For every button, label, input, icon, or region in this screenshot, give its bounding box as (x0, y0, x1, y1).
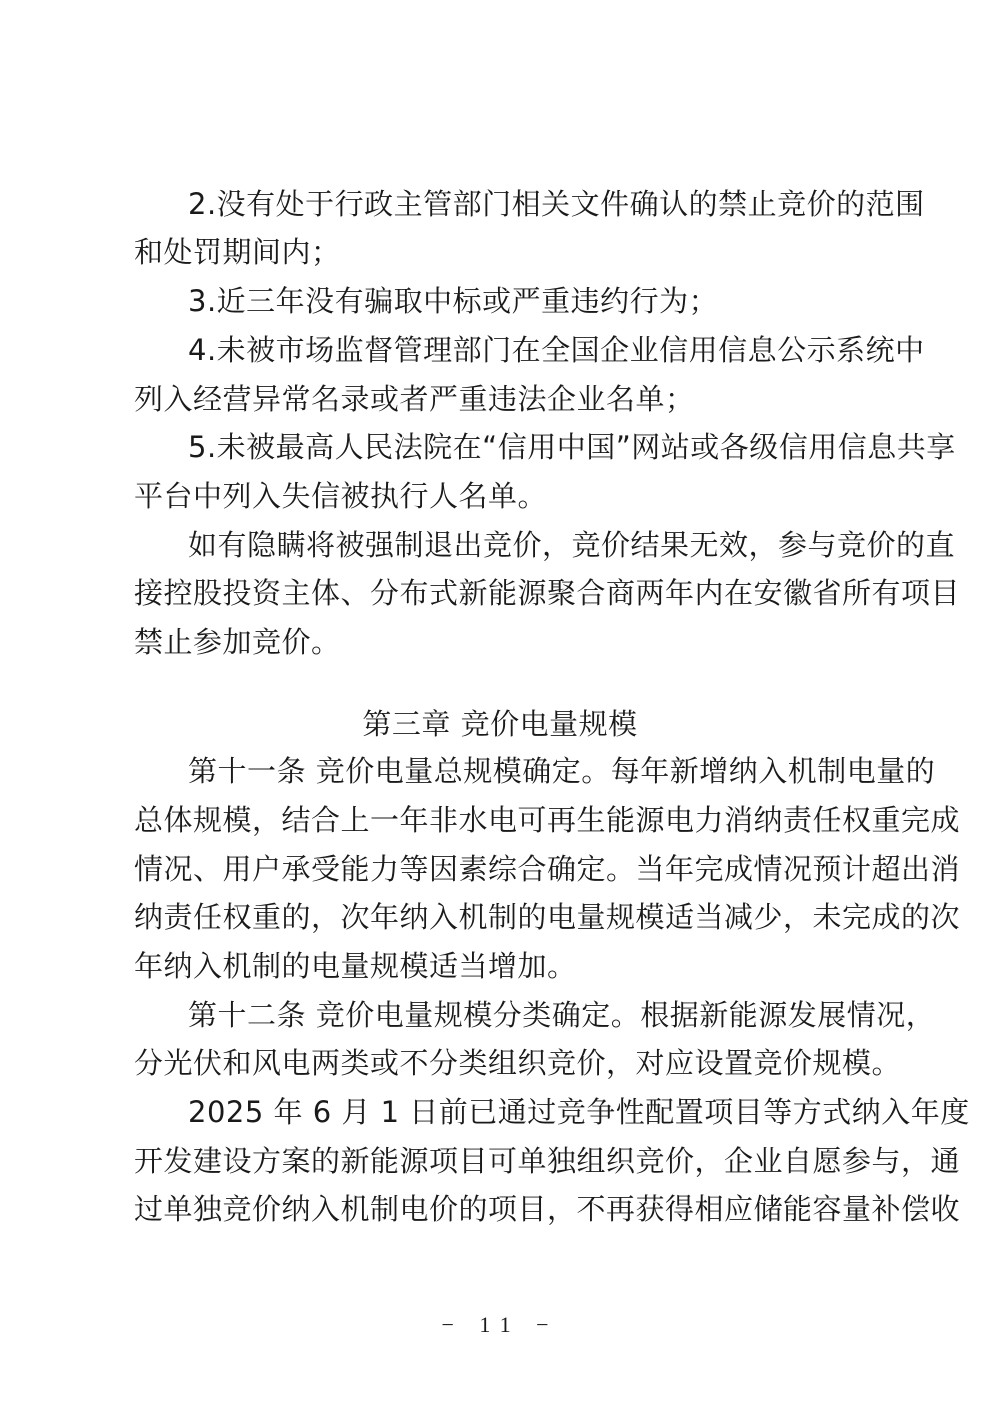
article-11-line-3: 情况、用户承受能力等因素综合确定。当年完成情况预计超出消 (134, 851, 880, 887)
clause-5-line-2: 平台中列入失信被执行人名单。 (134, 478, 880, 514)
penalty-paragraph-line-3: 禁止参加竞价。 (134, 624, 880, 660)
article-11-line-5: 年纳入机制的电量规模适当增加。 (134, 948, 880, 984)
article-11-line-1: 第十一条 竞价电量总规模确定。每年新增纳入机制电量的 (188, 753, 880, 789)
clause-2-line-2: 和处罚期间内； (134, 234, 880, 270)
article-12-line-2: 分光伏和风电两类或不分类组织竞价，对应设置竞价规模。 (134, 1045, 880, 1081)
document-page: 2.没有处于行政主管部门相关文件确认的禁止竞价的范围 和处罚期间内； 3.近三年… (0, 0, 1000, 1414)
penalty-paragraph-line-2: 接控股投资主体、分布式新能源聚合商两年内在安徽省所有项目 (134, 575, 880, 611)
chapter-heading: 第三章 竞价电量规模 (0, 706, 1000, 742)
clause-3-line-1: 3.近三年没有骗取中标或严重违约行为； (188, 283, 880, 319)
clause-5-line-1: 5.未被最高人民法院在“信用中国”网站或各级信用信息共享 (188, 429, 880, 465)
article-12-paragraph-2-line-3: 过单独竞价纳入机制电价的项目，不再获得相应储能容量补偿收 (134, 1191, 880, 1227)
penalty-paragraph-line-1: 如有隐瞒将被强制退出竞价，竞价结果无效，参与竞价的直 (188, 527, 880, 563)
clause-4-line-2: 列入经营异常名录或者严重违法企业名单； (134, 381, 880, 417)
page-number: − 11 − (0, 1312, 1000, 1338)
article-12-line-1: 第十二条 竞价电量规模分类确定。根据新能源发展情况， (188, 997, 880, 1033)
article-12-paragraph-2-line-1: 2025 年 6 月 1 日前已通过竞争性配置项目等方式纳入年度 (188, 1094, 880, 1130)
clause-4-line-1: 4.未被市场监督管理部门在全国企业信用信息公示系统中 (188, 332, 880, 368)
article-11-line-4: 纳责任权重的，次年纳入机制的电量规模适当减少，未完成的次 (134, 899, 880, 935)
article-12-paragraph-2-line-2: 开发建设方案的新能源项目可单独组织竞价，企业自愿参与，通 (134, 1143, 880, 1179)
article-11-line-2: 总体规模，结合上一年非水电可再生能源电力消纳责任权重完成 (134, 802, 880, 838)
clause-2-line-1: 2.没有处于行政主管部门相关文件确认的禁止竞价的范围 (188, 186, 880, 222)
